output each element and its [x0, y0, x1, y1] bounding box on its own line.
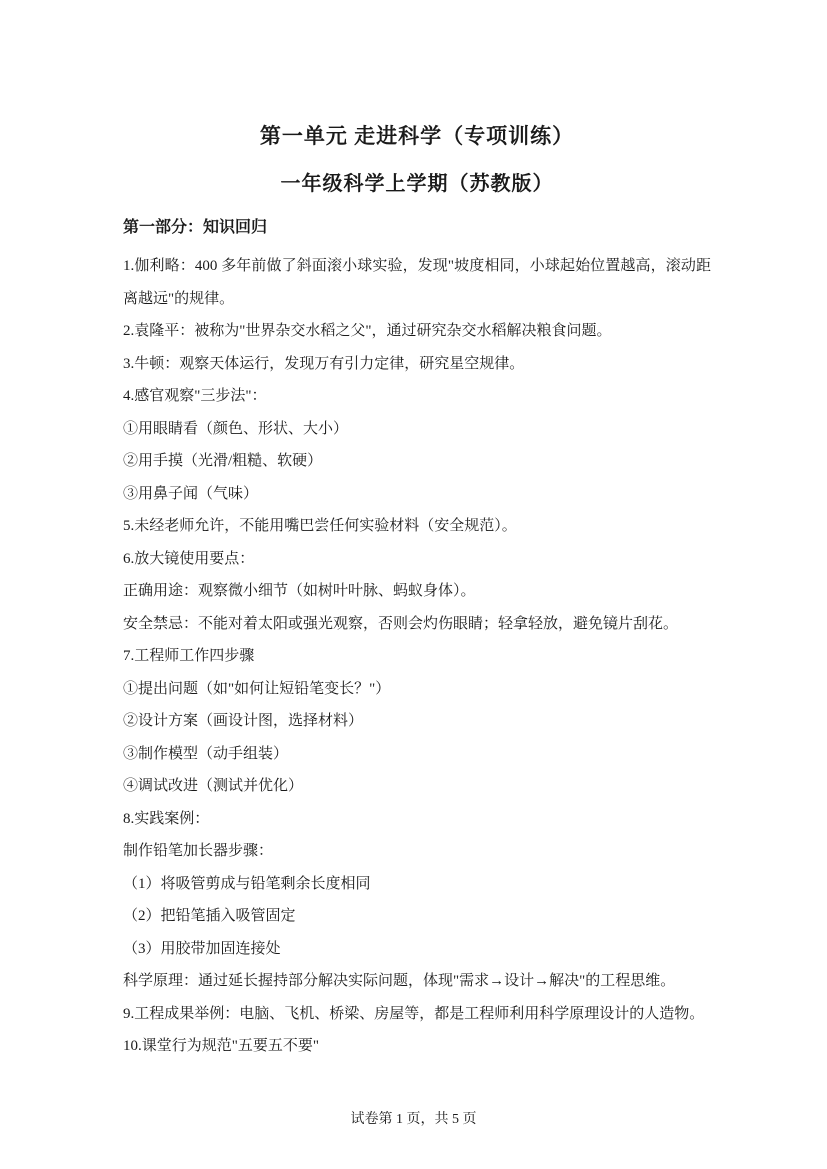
doc-subtitle: 一年级科学上学期（苏教版） — [123, 170, 711, 198]
doc-line: 4.感官观察"三步法"： — [123, 380, 711, 413]
doc-line: （3）用胶带加固连接处 — [123, 933, 711, 966]
doc-line: ③用鼻子闻（气味） — [123, 478, 711, 511]
doc-line: （2）把铅笔插入吸管固定 — [123, 900, 711, 933]
doc-line: 8.实践案例： — [123, 803, 711, 836]
doc-line: ①提出问题（如"如何让短铅笔变长？"） — [123, 673, 711, 706]
doc-line: 10.课堂行为规范"五要五不要" — [123, 1030, 711, 1063]
doc-title: 第一单元 走进科学（专项训练） — [123, 122, 711, 150]
doc-line: ②用手摸（光滑/粗糙、软硬） — [123, 445, 711, 478]
doc-line: ③制作模型（动手组装） — [123, 738, 711, 771]
doc-body: 1.伽利略：400 多年前做了斜面滚小球实验，发现"坡度相同，小球起始位置越高，… — [123, 250, 711, 1063]
doc-line: 6.放大镜使用要点： — [123, 543, 711, 576]
doc-line: 1.伽利略：400 多年前做了斜面滚小球实验，发现"坡度相同，小球起始位置越高，… — [123, 250, 711, 315]
doc-line: ②设计方案（画设计图，选择材料） — [123, 705, 711, 738]
doc-line: （1）将吸管剪成与铅笔剩余长度相同 — [123, 868, 711, 901]
doc-line: ④调试改进（测试并优化） — [123, 770, 711, 803]
section-heading-part1: 第一部分：知识回归 — [123, 216, 711, 240]
doc-line: 7.工程师工作四步骤 — [123, 640, 711, 673]
doc-line: 制作铅笔加长器步骤： — [123, 835, 711, 868]
doc-line: ①用眼睛看（颜色、形状、大小） — [123, 413, 711, 446]
doc-line: 2.袁隆平：被称为"世界杂交水稻之父"，通过研究杂交水稻解决粮食问题。 — [123, 315, 711, 348]
doc-line: 安全禁忌：不能对着太阳或强光观察，否则会灼伤眼睛；轻拿轻放，避免镜片刮花。 — [123, 608, 711, 641]
document-content: 第一单元 走进科学（专项训练） 一年级科学上学期（苏教版） 第一部分：知识回归 … — [123, 122, 711, 1063]
page-footer: 试卷第 1 页，共 5 页 — [0, 1108, 827, 1128]
document-page: 第一单元 走进科学（专项训练） 一年级科学上学期（苏教版） 第一部分：知识回归 … — [0, 0, 827, 1169]
doc-line: 9.工程成果举例：电脑、飞机、桥梁、房屋等，都是工程师利用科学原理设计的人造物。 — [123, 998, 711, 1031]
doc-line: 3.牛顿：观察天体运行，发现万有引力定律，研究星空规律。 — [123, 348, 711, 381]
doc-line: 5.未经老师允许，不能用嘴巴尝任何实验材料（安全规范）。 — [123, 510, 711, 543]
doc-line: 科学原理：通过延长握持部分解决实际问题，体现"需求→设计→解决"的工程思维。 — [123, 965, 711, 998]
doc-line: 正确用途：观察微小细节（如树叶叶脉、蚂蚁身体）。 — [123, 575, 711, 608]
